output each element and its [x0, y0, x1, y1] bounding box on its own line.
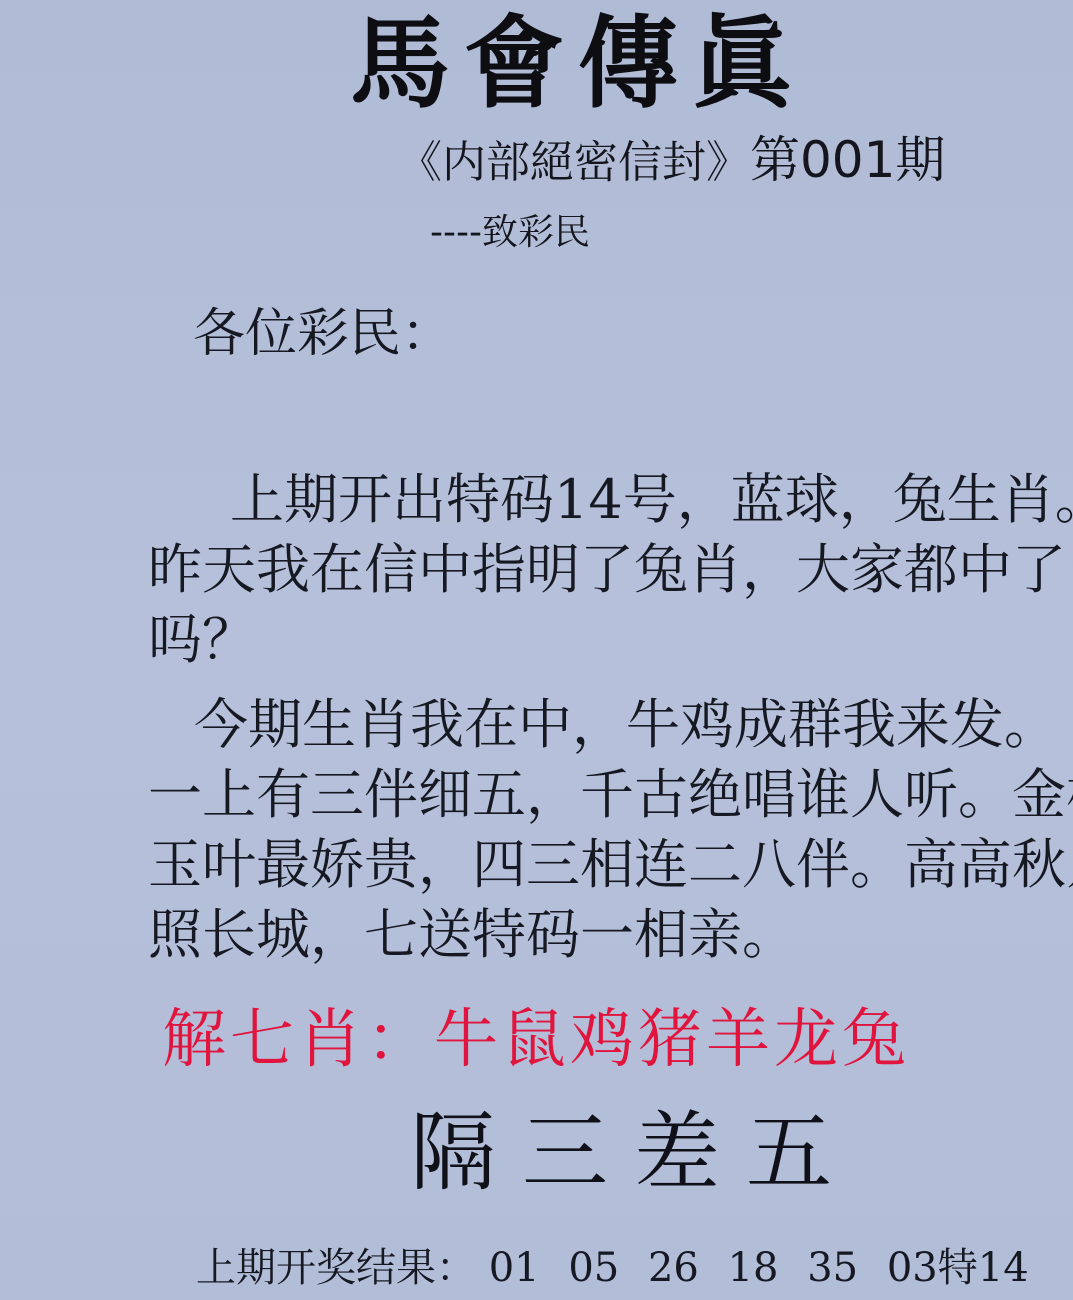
- dedication: ----致彩民: [430, 208, 590, 258]
- result-number: 05: [568, 1245, 619, 1291]
- paragraph-line: 照长城，七送特码一相亲。: [148, 900, 1048, 970]
- special-number: 14: [978, 1245, 1029, 1291]
- result-number: 18: [728, 1245, 779, 1291]
- special-label: 特: [938, 1245, 978, 1291]
- result-number: 26: [648, 1245, 699, 1291]
- paragraph-line: 上期开出特码14号，蓝球，兔生肖。: [148, 465, 1048, 535]
- last-results-label: 上期开奖结果：: [196, 1245, 476, 1291]
- series-name: 《内部絕密信封》: [398, 137, 750, 188]
- paragraph-line: 玉叶最娇贵，四三相连二八伴。高高秋月: [148, 830, 1048, 900]
- main-title: 馬會傳眞: [350, 4, 820, 124]
- issue-number: 第001期: [750, 131, 945, 189]
- salutation: 各位彩民：: [193, 300, 453, 368]
- bottom-title: 隔三差五: [410, 1098, 858, 1208]
- paragraph-line: 昨天我在信中指明了兔肖，大家都中了: [148, 535, 1048, 605]
- paragraph-last-result: 上期开出特码14号，蓝球，兔生肖。 昨天我在信中指明了兔肖，大家都中了 吗？: [148, 465, 1048, 675]
- paragraph-line: 今期生肖我在中，牛鸡成群我来发。: [148, 690, 1048, 760]
- result-number: 01: [489, 1245, 540, 1291]
- zodiac-answer: 解七肖：牛鼠鸡猪羊龙兔: [162, 995, 910, 1085]
- subtitle: 《内部絕密信封》第001期: [398, 130, 945, 193]
- result-number: 35: [807, 1245, 858, 1291]
- result-numbers: 01 05 26 18 35 03: [489, 1245, 938, 1291]
- zodiac-answer-label: 解七肖：: [162, 1003, 434, 1077]
- paragraph-riddle: 今期生肖我在中，牛鸡成群我来发。 一上有三伴细五，千古绝唱谁人听。金枝 玉叶最娇…: [148, 690, 1048, 970]
- paragraph-line: 吗？: [148, 605, 1048, 675]
- result-number: 03: [887, 1245, 938, 1291]
- last-results: 上期开奖结果： 01 05 26 18 35 03特14: [196, 1238, 1029, 1298]
- zodiac-answer-value: 牛鼠鸡猪羊龙兔: [434, 1003, 910, 1077]
- paragraph-line: 一上有三伴细五，千古绝唱谁人听。金枝: [148, 760, 1048, 830]
